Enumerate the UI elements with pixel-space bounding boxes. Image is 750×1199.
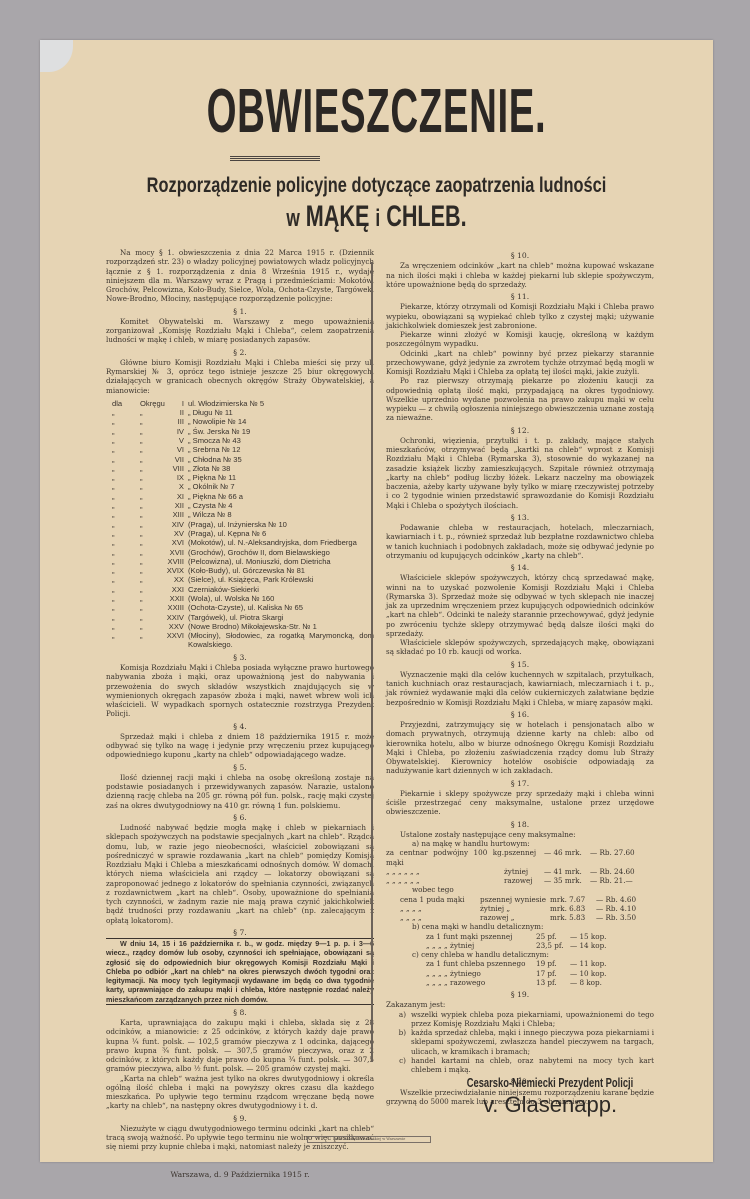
poster-sheet: OBWIESZCZENIE. Rozporządzenie policyjne … <box>40 40 713 1162</box>
district-address: „ Wilcza № 8 <box>188 510 374 519</box>
section-text: Ilość dziennej racji mąki i chleba na os… <box>106 773 374 810</box>
district-number: IV <box>154 427 188 436</box>
price-row: cena 1 puda mąkipszennej wyniesiemrk. 7.… <box>386 895 654 904</box>
prohibition-text: wszelki wypiek chleba poza piekarniami, … <box>411 1010 654 1029</box>
intro-paragraph: Na mocy § 1. obwieszczenia z dnia 22 Mar… <box>106 248 374 304</box>
price-cell-kind: razowej „ <box>480 913 550 922</box>
district-row: „„XIV(Praga), ul. Inżynierska № 10 <box>106 520 374 529</box>
prohibition-label: c) <box>386 1056 411 1075</box>
price-cell-pf: 17 pf. <box>536 969 570 978</box>
district-row: „„XVII(Grochów), Grochów II, dom Bielaws… <box>106 548 374 557</box>
column-divider <box>371 262 373 1062</box>
district-label: „ <box>140 520 154 529</box>
section-text: Podawanie chleba w restauracjach, hotela… <box>386 523 654 560</box>
district-number: I <box>154 399 188 408</box>
district-address: „ Długu № 11 <box>188 408 374 417</box>
price-row: „ „ „ „ „ „razowej— 35 mrk.— Rb. 21.— <box>386 876 654 885</box>
section-text: Piekarnie i sklepy spożywcze przy sprzed… <box>386 789 654 817</box>
price-cell-label: „ „ „ „ <box>400 904 480 913</box>
district-prefix: „ <box>106 603 140 612</box>
retail-flour-table: za 1 funt mąki pszennej25 pf.— 15 kop.„ … <box>386 932 654 951</box>
district-label: „ <box>140 613 154 622</box>
section-heading: § 3. <box>106 653 374 662</box>
district-number: VII <box>154 455 188 464</box>
price-row: „ „ „ „razowej „mrk. 5.83— Rb. 3.50 <box>386 913 654 922</box>
retail-bread-table: za 1 funt chleba pszennego19 pf.— 11 kop… <box>386 959 654 987</box>
price-cell-label: „ „ „ „ razowego <box>426 978 536 987</box>
section-heading: § 8. <box>106 1008 374 1017</box>
district-row: „„XXIII(Ochota-Czyste), ul. Kaliska № 65 <box>106 603 374 612</box>
district-prefix: „ <box>106 575 140 584</box>
district-label: Okręgu <box>140 399 154 408</box>
district-prefix: „ <box>106 473 140 482</box>
district-number: XVIX <box>154 566 188 575</box>
district-row: „„IX„ Piękna № 11 <box>106 473 374 482</box>
district-number: XXV <box>154 622 188 631</box>
section-text: Karta, uprawniająca do zakupu mąki i chl… <box>106 1018 374 1074</box>
district-prefix: „ <box>106 585 140 594</box>
price-cell-kop: — 14 kop. <box>570 941 610 950</box>
right-column: § 10. Za wręczeniem odcinków „kart na ch… <box>386 248 654 1106</box>
section-heading: § 1. <box>106 307 374 316</box>
section-heading: § 4. <box>106 722 374 731</box>
district-row: „„III„ Nowolipie № 14 <box>106 417 374 426</box>
price-cell-label: za 1 funt chleba pszennego <box>426 959 536 968</box>
price-cell-kop: — 15 kop. <box>570 932 610 941</box>
district-prefix: „ <box>106 482 140 491</box>
section-heading: § 17. <box>386 779 654 788</box>
date-line: Warszawa, d. 9 Października 1915 r. <box>106 1170 374 1179</box>
price-cell-pf: 23,5 pf. <box>536 941 570 950</box>
section-heading: § 15. <box>386 660 654 669</box>
section-text: Komitet Obywatelski m. Warszawy z mego u… <box>106 317 374 345</box>
district-prefix: „ <box>106 417 140 426</box>
district-prefix: „ <box>106 464 140 473</box>
section-heading: § 14. <box>386 563 654 572</box>
district-prefix: „ <box>106 631 140 650</box>
price-cell-label: za centnar podwójny 100 kg. mąki <box>386 848 504 867</box>
district-number: XV <box>154 529 188 538</box>
district-label: „ <box>140 501 154 510</box>
price-cell-kop: — 10 kop. <box>570 969 610 978</box>
district-row: „„XX(Sielce), ul. Książęca, Park Królews… <box>106 575 374 584</box>
district-number: IX <box>154 473 188 482</box>
district-prefix: dla <box>106 399 140 408</box>
title-rule <box>230 156 320 162</box>
district-address: „ Chłodna № 35 <box>188 455 374 464</box>
section-text-emphasized: W dniu 14, 15 i 16 października r. b., w… <box>106 938 374 1005</box>
district-prefix: „ <box>106 520 140 529</box>
district-prefix: „ <box>106 427 140 436</box>
district-address: (Mokotów), ul. N.-Aleksandryjska, dom Fr… <box>188 538 374 547</box>
district-label: „ <box>140 436 154 445</box>
prohibition-item: b)każda sprzedaż chleba, mąki i innego p… <box>386 1028 654 1056</box>
district-number: XXVI <box>154 631 188 650</box>
price-cell-pf: 19 pf. <box>536 959 570 968</box>
price-cell-mark: — 46 mrk. <box>544 848 590 867</box>
price-subheading: a) na mąkę w handlu hurtowym: <box>386 839 654 848</box>
district-number: VI <box>154 445 188 454</box>
price-cell-mark: mrk. 5.83 <box>550 913 596 922</box>
price-cell-rub: — Rb. 3.50 <box>596 913 646 922</box>
district-prefix: „ <box>106 408 140 417</box>
district-label: „ <box>140 631 154 650</box>
prohibition-item: a)wszelki wypiek chleba poza piekarniami… <box>386 1010 654 1029</box>
district-label: „ <box>140 455 154 464</box>
price-cell-label: „ „ „ „ <box>400 913 480 922</box>
section-text: Piekarze winni złożyć w Komisji kaucję, … <box>386 330 654 349</box>
section-text: Właściciele sklepów spożywczych, sprzeda… <box>386 638 654 657</box>
district-prefix: „ <box>106 622 140 631</box>
district-address: Czerniaków-Siekierki <box>188 585 374 594</box>
district-label: „ <box>140 603 154 612</box>
pud-price-table: cena 1 puda mąkipszennej wyniesiemrk. 7.… <box>386 895 654 923</box>
section-heading: § 7. <box>106 928 374 937</box>
district-address: „ Piękna № 66 a <box>188 492 374 501</box>
section-text: Przyjezdni, zatrzymujący się w hotelach … <box>386 720 654 776</box>
poster-subtitle: Rozporządzenie policyjne dotyczące zaopa… <box>114 174 639 198</box>
price-cell-kind: żytniej <box>504 867 544 876</box>
section-text: Ustalone zostały następujące ceny maksym… <box>386 830 654 839</box>
price-row: „ „ „ „ razowego13 pf.— 8 kop. <box>386 978 654 987</box>
district-address: ul. Włodzimierska № 5 <box>188 399 374 408</box>
section-heading: § 9. <box>106 1114 374 1123</box>
district-row: „„XIII„ Wilcza № 8 <box>106 510 374 519</box>
district-label: „ <box>140 585 154 594</box>
district-address: (Ochota-Czyste), ul. Kaliska № 65 <box>188 603 374 612</box>
district-number: V <box>154 436 188 445</box>
district-row: „„IV„ Św. Jerska № 19 <box>106 427 374 436</box>
section-heading: § 13. <box>386 513 654 522</box>
district-label: „ <box>140 408 154 417</box>
district-prefix: „ <box>106 548 140 557</box>
district-label: „ <box>140 557 154 566</box>
district-prefix: „ <box>106 529 140 538</box>
district-prefix: „ <box>106 538 140 547</box>
price-cell-rub: — Rb. 4.60 <box>596 895 646 904</box>
section-text: Za wręczeniem odcinków „kart na chleb“ m… <box>386 261 654 289</box>
price-cell-rub: — Rb. 24.60 <box>590 867 646 876</box>
district-number: XX <box>154 575 188 584</box>
district-address: „ Srebrna № 12 <box>188 445 374 454</box>
section-heading: § 10. <box>386 251 654 260</box>
district-row: „„XVI(Mokotów), ul. N.-Aleksandryjska, d… <box>106 538 374 547</box>
district-number: VIII <box>154 464 188 473</box>
district-label: „ <box>140 482 154 491</box>
district-number: XVI <box>154 538 188 547</box>
district-address: „ Okólnik № 7 <box>188 482 374 491</box>
district-address: (Koło-Budy), ul. Górczewska № 81 <box>188 566 374 575</box>
section-text: Po raz pierwszy otrzymają piekarze po zł… <box>386 376 654 422</box>
district-number: XXI <box>154 585 188 594</box>
district-row: „„VII„ Chłodna № 35 <box>106 455 374 464</box>
price-cell-label: „ „ „ „ „ „ <box>386 867 504 876</box>
price-cell-kop: — 11 kop. <box>570 959 610 968</box>
price-cell-mark: mrk. 6.83 <box>550 904 596 913</box>
district-row: „„VI„ Srebrna № 12 <box>106 445 374 454</box>
section-heading: § 18. <box>386 820 654 829</box>
district-row: „„XVIX(Koło-Budy), ul. Górczewska № 81 <box>106 566 374 575</box>
district-address: (Młociny), Słodowiec, za rogatką Marymon… <box>188 631 374 650</box>
district-prefix: „ <box>106 492 140 501</box>
district-label: „ <box>140 492 154 501</box>
section-heading: § 2. <box>106 348 374 357</box>
section-heading: § 12. <box>386 426 654 435</box>
district-number: XXIII <box>154 603 188 612</box>
price-cell-rub: — Rb. 4.10 <box>596 904 646 913</box>
left-column: Na mocy § 1. obwieszczenia z dnia 22 Mar… <box>106 248 374 1179</box>
price-cell-rub: — Rb. 27.60 <box>590 848 646 867</box>
section-text: Ochronki, więzienia, przytułki i t. p. z… <box>386 436 654 510</box>
district-label: „ <box>140 538 154 547</box>
district-address: „ Nowolipie № 14 <box>188 417 374 426</box>
district-prefix: „ <box>106 613 140 622</box>
district-prefix: „ <box>106 445 140 454</box>
poster-subtitle-2: w MĄKĘ i CHLEB. <box>134 200 619 234</box>
district-address: (Pelcowizna), ul. Moniuszki, dom Dietric… <box>188 557 374 566</box>
price-cell-pf: 13 pf. <box>536 978 570 987</box>
price-row: „ „ „ „ „ „żytniej— 41 mrk.— Rb. 24.60 <box>386 867 654 876</box>
price-cell-mark: mrk. 7.67 <box>550 895 596 904</box>
price-row: „ „ „ „żytniej „mrk. 6.83— Rb. 4.10 <box>386 904 654 913</box>
district-prefix: „ <box>106 566 140 575</box>
price-cell-label: „ „ „ „ żytniego <box>426 969 536 978</box>
printer-imprint: Druk. Gazety Warszawskiej w Warszawie <box>307 1136 431 1143</box>
district-row: „„V„ Smocza № 43 <box>106 436 374 445</box>
district-number: XVII <box>154 548 188 557</box>
district-number: XXII <box>154 594 188 603</box>
district-number: XIV <box>154 520 188 529</box>
price-cell-kind: razowej <box>504 876 544 885</box>
section-heading: § 11. <box>386 292 654 301</box>
torn-corner <box>40 40 73 72</box>
district-prefix: „ <box>106 594 140 603</box>
district-prefix: „ <box>106 436 140 445</box>
district-row: „„II„ Długu № 11 <box>106 408 374 417</box>
price-subheading: c) ceny chleba w handlu detalicznym: <box>386 950 654 959</box>
price-cell-pf: 25 pf. <box>536 932 570 941</box>
price-cell-rub: — Rb. 21.— <box>590 876 646 885</box>
wholesale-price-table: za centnar podwójny 100 kg. mąkipszennej… <box>386 848 654 885</box>
section-text: Odcinki „kart na chleb“ powinny być prze… <box>386 349 654 377</box>
price-row: za 1 funt chleba pszennego19 pf.— 11 kop… <box>386 959 654 968</box>
district-number: III <box>154 417 188 426</box>
district-address: „ Złota № 38 <box>188 464 374 473</box>
district-address: (Praga), ul. Inżynierska № 10 <box>188 520 374 529</box>
section-text: Piekarze, którzy otrzymali od Komisji Ro… <box>386 302 654 330</box>
district-row: „„VIII„ Złota № 38 <box>106 464 374 473</box>
section-text: Wyznaczenie mąki dla celów kuchennych w … <box>386 670 654 707</box>
district-prefix: „ <box>106 557 140 566</box>
price-cell-kop: — 8 kop. <box>570 978 610 987</box>
district-address: „ Św. Jerska № 19 <box>188 427 374 436</box>
section-text: Główne biuro Komisji Rozdziału Mąki i Ch… <box>106 358 374 395</box>
district-label: „ <box>140 510 154 519</box>
district-address: (Nowe Brodno) Mikołajewska-Str. № 1 <box>188 622 374 631</box>
price-cell-label: za 1 funt mąki pszennej <box>426 932 536 941</box>
price-note: wobec tego <box>386 885 654 894</box>
district-address: „ Smocza № 43 <box>188 436 374 445</box>
district-address: (Praga), ul. Kępna № 6 <box>188 529 374 538</box>
section-heading: § 5. <box>106 763 374 772</box>
section-text: Komisja Rozdziału Mąki i Chleba posiada … <box>106 663 374 719</box>
district-address: (Grochów), Grochów II, dom Bielawskiego <box>188 548 374 557</box>
signature-title: Cesarsko-Niemiecki Prezydent Policji <box>449 1075 651 1090</box>
district-label: „ <box>140 464 154 473</box>
price-row: „ „ „ „ żytniej23,5 pf.— 14 kop. <box>386 941 654 950</box>
district-label: „ <box>140 566 154 575</box>
price-cell-mark: — 41 mrk. <box>544 867 590 876</box>
district-label: „ <box>140 445 154 454</box>
district-address: „ Czysta № 4 <box>188 501 374 510</box>
district-row: „„X„ Okólnik № 7 <box>106 482 374 491</box>
price-subheading: b) cena mąki w handlu detalicznym: <box>386 922 654 931</box>
prohibition-item: c)handel kartami na chleb, oraz nabytemi… <box>386 1056 654 1075</box>
district-label: „ <box>140 594 154 603</box>
district-label: „ <box>140 529 154 538</box>
district-number: II <box>154 408 188 417</box>
section-heading: § 16. <box>386 710 654 719</box>
district-prefix: „ <box>106 510 140 519</box>
price-cell-mark: — 35 mrk. <box>544 876 590 885</box>
district-label: „ <box>140 622 154 631</box>
district-prefix: „ <box>106 455 140 464</box>
district-label: „ <box>140 548 154 557</box>
prohibition-label: b) <box>386 1028 411 1056</box>
section-heading: § 6. <box>106 813 374 822</box>
signature-name: v. Glasenapp. <box>410 1092 690 1118</box>
district-row: „„XII„ Czysta № 4 <box>106 501 374 510</box>
prohibition-text: handel kartami na chleb, oraz nabytemi n… <box>411 1056 654 1075</box>
district-row: „„XXVI(Młociny), Słodowiec, za rogatką M… <box>106 631 374 650</box>
price-cell-label: cena 1 puda mąki <box>400 895 480 904</box>
price-cell-label: „ „ „ „ żytniej <box>426 941 536 950</box>
district-label: „ <box>140 417 154 426</box>
district-row: „„XXII(Wola), ul. Wolska № 160 <box>106 594 374 603</box>
section-text: Ludność nabywać będzie mogła mąkę i chle… <box>106 823 374 925</box>
district-row: „„XI„ Piękna № 66 a <box>106 492 374 501</box>
price-cell-label: „ „ „ „ „ „ <box>386 876 504 885</box>
district-number: XII <box>154 501 188 510</box>
district-row: „„XVIII(Pelcowizna), ul. Moniuszki, dom … <box>106 557 374 566</box>
price-row: za centnar podwójny 100 kg. mąkipszennej… <box>386 848 654 867</box>
price-cell-kind: żytniej „ <box>480 904 550 913</box>
district-list: dlaOkręguIul. Włodzimierska № 5„„II„ Dłu… <box>106 399 374 650</box>
price-row: „ „ „ „ żytniego17 pf.— 10 kop. <box>386 969 654 978</box>
poster-title: OBWIESZCZENIE. <box>168 76 585 148</box>
prohibition-list: a)wszelki wypiek chleba poza piekarniami… <box>386 1010 654 1075</box>
district-number: XXIV <box>154 613 188 622</box>
section-text: „Karta na chleb“ ważna jest tylko na okr… <box>106 1074 374 1111</box>
district-number: XVIII <box>154 557 188 566</box>
price-cell-kind: pszennej wyniesie <box>480 895 550 904</box>
section-text: Zakazanym jest: <box>386 1000 654 1009</box>
district-number: XIII <box>154 510 188 519</box>
section-text: Właściciele sklepów spożywczych, którzy … <box>386 573 654 638</box>
district-prefix: „ <box>106 501 140 510</box>
district-address: „ Piękna № 11 <box>188 473 374 482</box>
district-label: „ <box>140 575 154 584</box>
price-row: za 1 funt mąki pszennej25 pf.— 15 kop. <box>386 932 654 941</box>
prohibition-label: a) <box>386 1010 411 1029</box>
district-address: (Wola), ul. Wolska № 160 <box>188 594 374 603</box>
district-row: „„XXICzerniaków-Siekierki <box>106 585 374 594</box>
district-row: „„XXIV(Targówek), ul. Piotra Skargi <box>106 613 374 622</box>
section-text: Sprzedaż mąki i chleba z dniem 18 paździ… <box>106 732 374 760</box>
district-address: (Sielce), ul. Książęca, Park Królewski <box>188 575 374 584</box>
district-number: XI <box>154 492 188 501</box>
section-heading: § 19. <box>386 990 654 999</box>
district-number: X <box>154 482 188 491</box>
district-row: dlaOkręguIul. Włodzimierska № 5 <box>106 399 374 408</box>
district-label: „ <box>140 473 154 482</box>
district-label: „ <box>140 427 154 436</box>
district-address: (Targówek), ul. Piotra Skargi <box>188 613 374 622</box>
district-row: „„XV(Praga), ul. Kępna № 6 <box>106 529 374 538</box>
district-row: „„XXV(Nowe Brodno) Mikołajewska-Str. № 1 <box>106 622 374 631</box>
prohibition-text: każda sprzedaż chleba, mąki i innego pie… <box>411 1028 654 1056</box>
price-cell-kind: pszennej <box>504 848 544 867</box>
